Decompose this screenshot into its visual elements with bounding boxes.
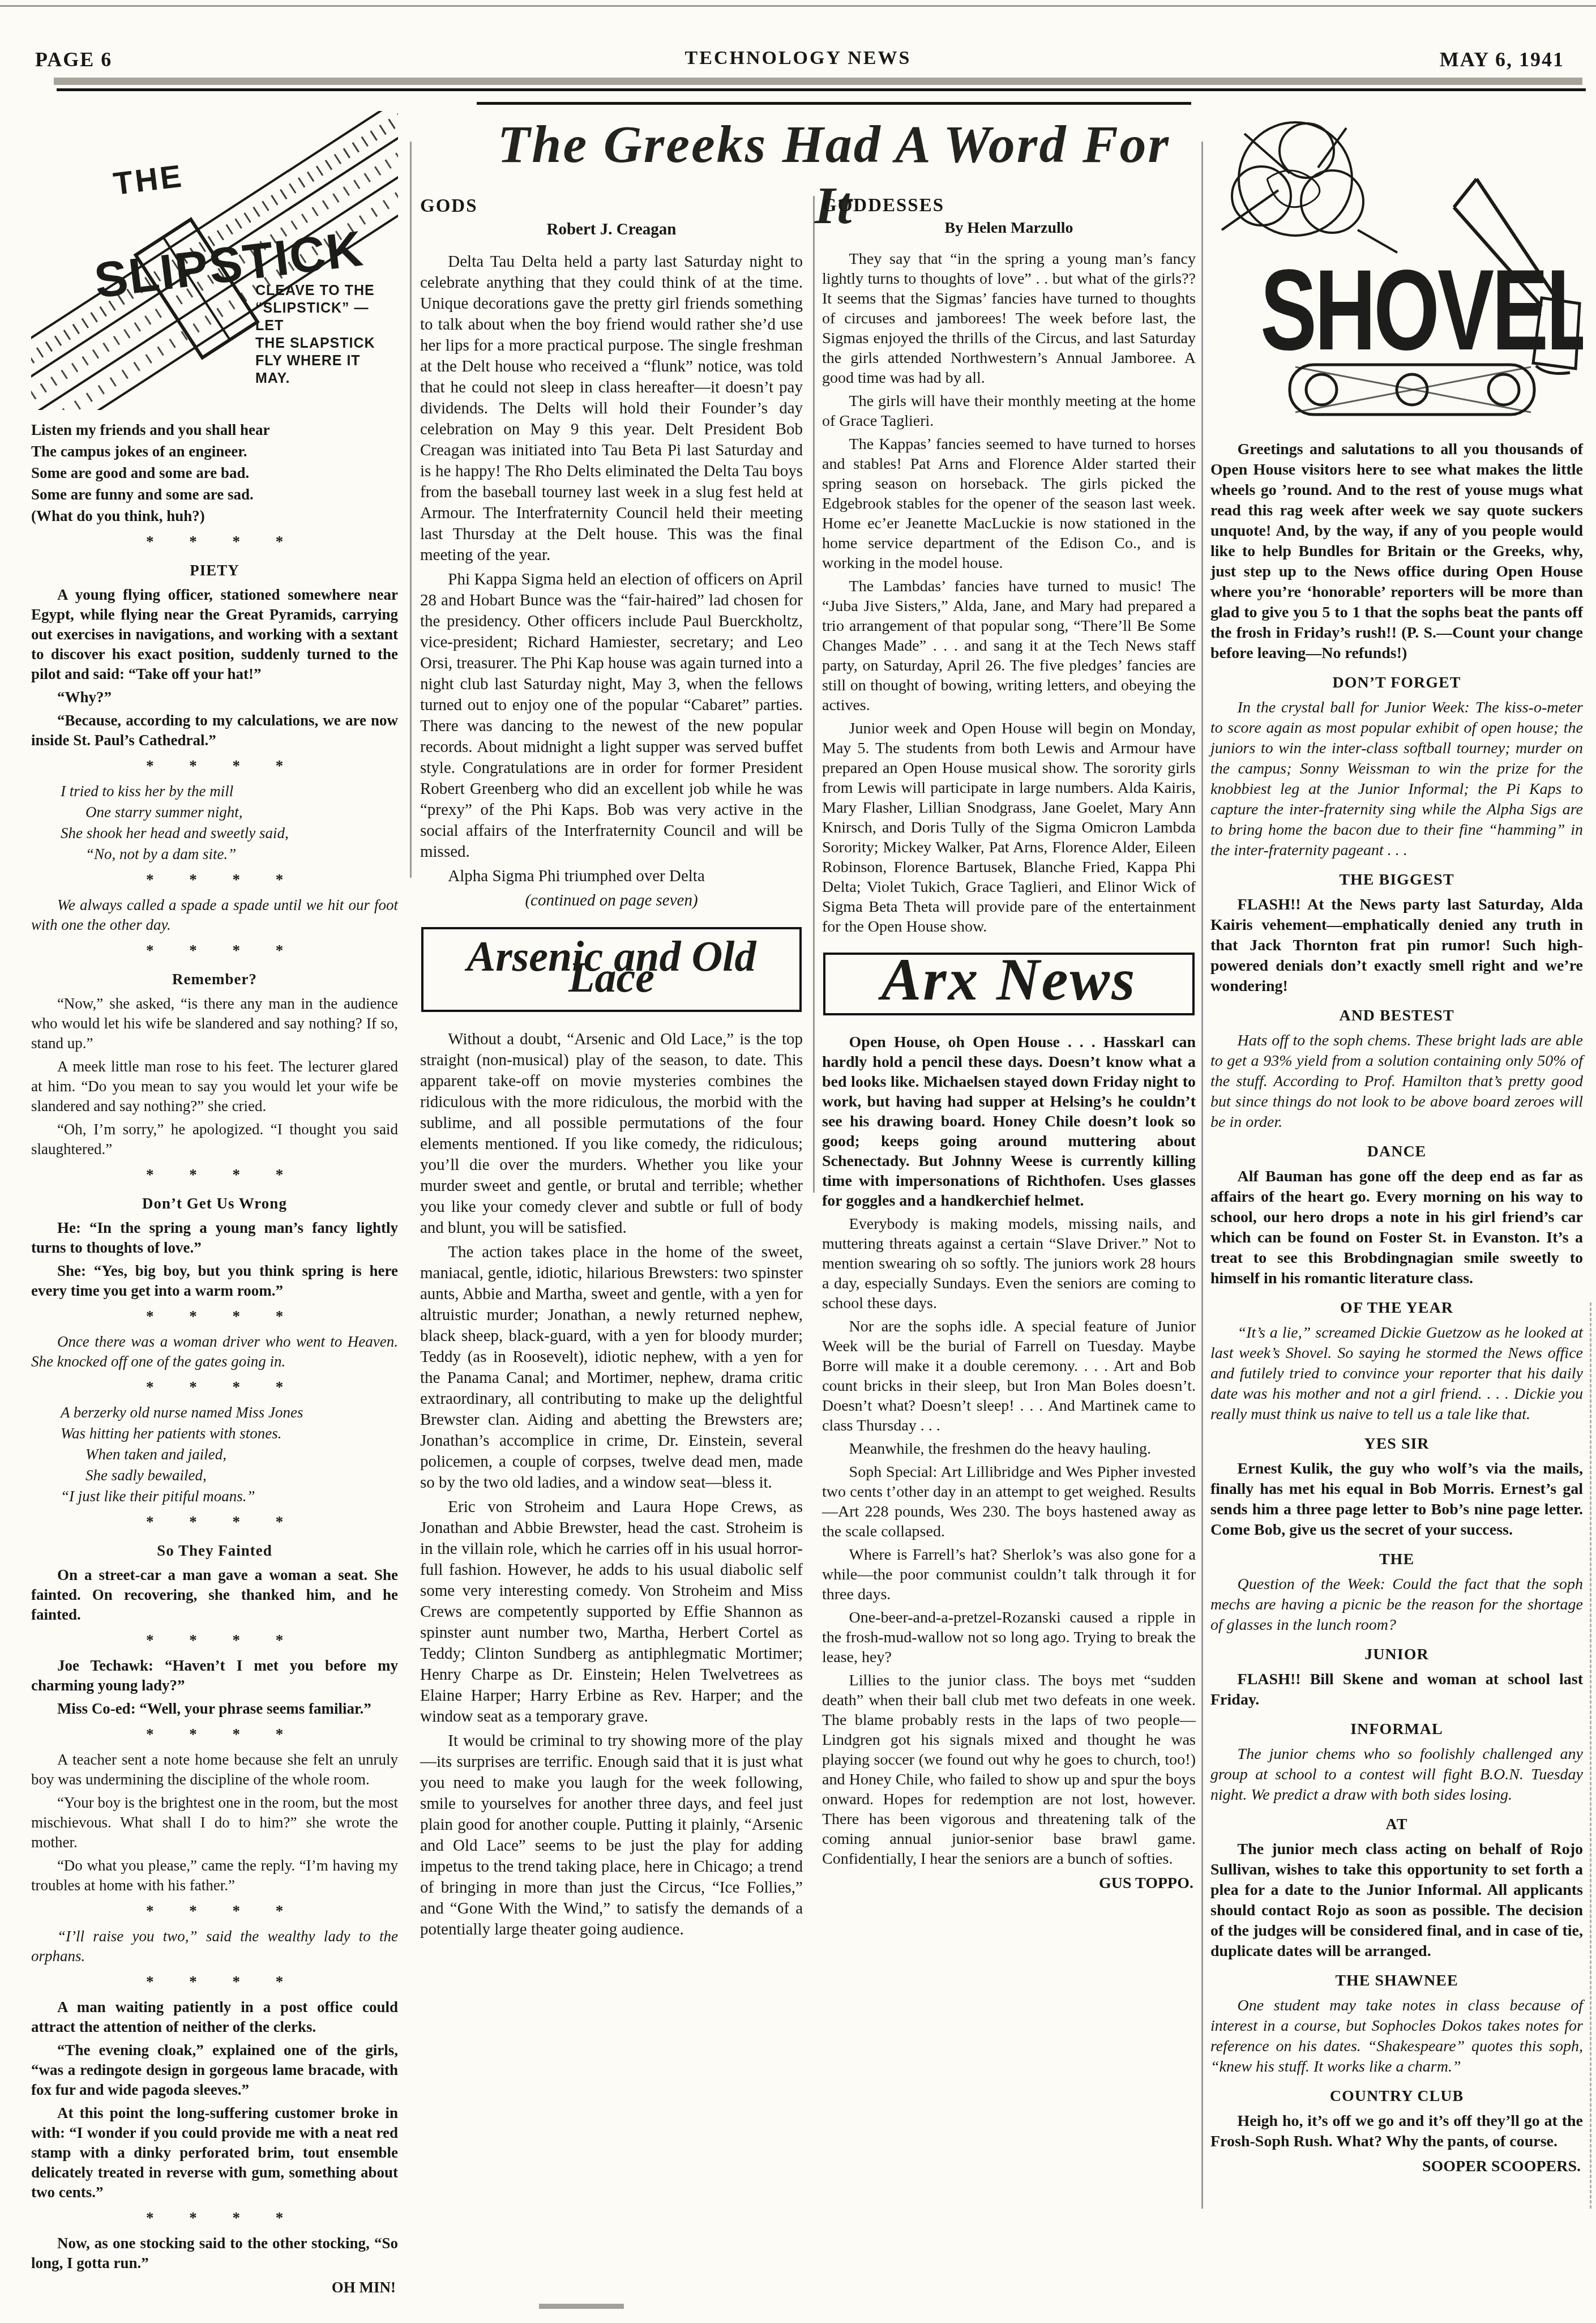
paragraph: Joe Techawk: “Haven’t I met you before m…	[31, 1656, 398, 1696]
paragraph: FLASH!! At the News party last Saturday,…	[1210, 895, 1583, 997]
paragraph: Now, as one stocking said to the other s…	[31, 2234, 398, 2273]
section-heading: PIETY	[31, 561, 398, 580]
scan-smudge	[539, 2304, 624, 2309]
gods-column: GODSRobert J. CreaganDelta Tau Delta hel…	[420, 196, 803, 1944]
verse-line: Some are funny and some are sad.	[31, 485, 398, 505]
slipstick-caption-line: CLEAVE TO THE	[255, 282, 397, 300]
paragraph: A meek little man rose to his feet. The …	[31, 1057, 398, 1116]
paragraph: Everybody is making models, missing nail…	[822, 1214, 1196, 1313]
paragraph: “Oh, I’m sorry,” he apologized. “I thoug…	[31, 1120, 398, 1159]
column-heading: GODS	[420, 196, 803, 217]
paragraph: Soph Special: Art Lillibridge and Wes Pi…	[822, 1462, 1196, 1541]
paragraph: Miss Co-ed: “Well, your phrase seems fam…	[31, 1699, 398, 1719]
steam-shovel-illustration: SHOVEL	[1210, 111, 1583, 432]
section-heading: INFORMAL	[1210, 1719, 1583, 1740]
paragraph: Where is Farrell’s hat? Sherlok’s was al…	[822, 1545, 1196, 1604]
paragraph: Alpha Sigma Phi triumphed over Delta	[420, 866, 803, 887]
paragraph: Hats off to the soph chems. These bright…	[1210, 1031, 1583, 1133]
paragraph: Open House, oh Open House . . . Hasskarl…	[822, 1032, 1196, 1211]
stars-divider: * * * *	[31, 1377, 398, 1397]
arsenic-title: Arsenic and Old Lace	[467, 933, 756, 1001]
edge-rule	[1590, 1303, 1591, 2209]
paragraph: FLASH!! Bill Skene and woman at school l…	[1210, 1669, 1583, 1710]
stars-divider: * * * *	[31, 870, 398, 890]
slipstick-caption-line: FLY WHERE IT MAY.	[255, 352, 397, 387]
signature: OH MIN!	[31, 2278, 396, 2298]
section-heading: YES SIR	[1210, 1434, 1583, 1454]
paragraph: Ernest Kulik, the guy who wolf’s via the…	[1210, 1459, 1583, 1540]
issue-date: MAY 6, 1941	[1440, 48, 1564, 71]
paragraph: We always called a spade a spade until w…	[31, 895, 398, 935]
verse-line: (What do you think, huh?)	[31, 506, 398, 526]
paragraph: Greetings and salutations to all you tho…	[1210, 439, 1583, 664]
verse-line: A berzerky old nurse named Miss Jones	[61, 1403, 398, 1423]
stars-divider: * * * *	[31, 756, 398, 776]
stars-divider: * * * *	[31, 2208, 398, 2228]
signature: SOOPER SCOOPERS.	[1210, 2157, 1581, 2177]
paragraph: She: “Yes, big boy, but you think spring…	[31, 1261, 398, 1301]
paragraph: Junior week and Open House will begin on…	[822, 719, 1196, 937]
section-heading: Don’t Get Us Wrong	[31, 1194, 398, 1214]
slipstick-article-body: Listen my friends and you shall hearThe …	[31, 420, 398, 2298]
paragraph: Alf Bauman has gone off the deep end as …	[1210, 1167, 1583, 1289]
paragraph: Delta Tau Delta held a party last Saturd…	[420, 251, 803, 566]
stars-divider: * * * *	[31, 1630, 398, 1650]
verse-line: She sadly bewailed,	[85, 1466, 398, 1485]
verse-line: Some are good and some are bad.	[31, 463, 398, 483]
section-heading: THE SHAWNEE	[1210, 1971, 1583, 1991]
paragraph: Nor are the sophs idle. A special featur…	[822, 1317, 1196, 1436]
slipstick-caption: CLEAVE TO THE “SLIPSTICK” — LET THE SLAP…	[255, 282, 397, 387]
goddesses-column: GODDESSESBy Helen MarzulloThey say that …	[822, 196, 1196, 1893]
verse-line: “I just like their pitiful moans.”	[61, 1487, 398, 1506]
paragraph: “I’ll raise you two,” said the wealthy l…	[31, 1927, 398, 1966]
paragraph: Once there was a woman driver who went t…	[31, 1332, 398, 1372]
paragraph: He: “In the spring a young man’s fancy l…	[31, 1218, 398, 1258]
column-rule	[410, 142, 412, 878]
section-heading: COUNTRY CLUB	[1210, 2086, 1583, 2107]
paragraph: A teacher sent a note home because she f…	[31, 1750, 398, 1790]
paragraph: “The evening cloak,” explained one of th…	[31, 2040, 398, 2100]
paragraph: They say that “in the spring a young man…	[822, 249, 1196, 388]
top-rule	[0, 5, 1596, 7]
stars-divider: * * * *	[31, 1306, 398, 1326]
paragraph: A man waiting patiently in a post office…	[31, 1997, 398, 2037]
section-heading: AND BESTEST	[1210, 1006, 1583, 1026]
paragraph: The junior chems who so foolishly challe…	[1210, 1744, 1583, 1805]
paragraph: Phi Kappa Sigma held an election of offi…	[420, 569, 803, 862]
gods-article-body: GODSRobert J. CreaganDelta Tau Delta hel…	[420, 196, 803, 911]
section-heading: THE BIGGEST	[1210, 870, 1583, 890]
arx-news-title-box: Arx News	[823, 953, 1195, 1015]
paragraph: The junior mech class acting on behalf o…	[1210, 1839, 1583, 1962]
section-heading: JUNIOR	[1210, 1645, 1583, 1665]
stars-divider: * * * *	[31, 1901, 398, 1921]
smoke-cloud	[1222, 122, 1397, 253]
paragraph: “Why?”	[31, 687, 398, 707]
shovel-logo-word: SHOVEL	[1260, 246, 1583, 374]
continued-note: (continued on page seven)	[420, 890, 803, 911]
paragraph: A young flying officer, stationed somewh…	[31, 585, 398, 684]
slipstick-logo: THE SLIPSTICK CLEAVE TO THE “SLIPSTICK” …	[31, 111, 398, 410]
column-rule	[813, 196, 815, 1193]
paragraph: In the crystal ball for Junior Week: The…	[1210, 698, 1583, 861]
verse-line: Was hitting her patients with stones.	[61, 1424, 398, 1444]
paragraph: The Lambdas’ fancies have turned to musi…	[822, 577, 1196, 715]
shovel-article-body: Greetings and salutations to all you tho…	[1210, 439, 1583, 2177]
column-heading: GODDESSES	[822, 196, 1196, 216]
arsenic-title-box: Arsenic and Old Lace	[421, 927, 802, 1012]
paragraph: The action takes place in the home of th…	[420, 1242, 803, 1493]
verse-line: “No, not by a dam site.”	[85, 844, 398, 864]
section-heading: Remember?	[31, 970, 398, 989]
verse-line: She shook her head and sweetly said,	[61, 823, 398, 843]
paragraph: Lillies to the junior class. The boys me…	[822, 1671, 1196, 1869]
column-rule	[1201, 142, 1203, 2209]
paragraph: “Because, according to my calculations, …	[31, 711, 398, 750]
paragraph: The girls will have their monthly meetin…	[822, 391, 1196, 431]
goddesses-article-body: GODDESSESBy Helen MarzulloThey say that …	[822, 196, 1196, 937]
paragraph: Heigh ho, it’s off we go and it’s off th…	[1210, 2111, 1583, 2152]
verse: A berzerky old nurse named Miss JonesWas…	[61, 1403, 398, 1506]
stars-divider: * * * *	[31, 941, 398, 960]
verse: I tried to kiss her by the millOne starr…	[61, 782, 398, 864]
verse-line: The campus jokes of an engineer.	[31, 442, 398, 462]
paragraph: The Kappas’ fancies seemed to have turne…	[822, 434, 1196, 573]
byline: By Helen Marzullo	[822, 218, 1196, 238]
arx-news-article-body: Open House, oh Open House . . . Hasskarl…	[822, 1032, 1196, 1893]
stars-divider: * * * *	[31, 1165, 398, 1185]
paragraph: On a street-car a man gave a woman a sea…	[31, 1565, 398, 1625]
header-rule-thin	[57, 88, 1586, 91]
section-heading: DANCE	[1210, 1142, 1583, 1162]
section-heading: AT	[1210, 1814, 1583, 1835]
stars-divider: * * * *	[31, 1972, 398, 1992]
verse-line: Listen my friends and you shall hear	[31, 420, 398, 440]
paragraph: One-beer-and-a-pretzel-Rozanski caused a…	[822, 1608, 1196, 1667]
paragraph: Eric von Stroheim and Laura Hope Crews, …	[420, 1497, 803, 1727]
paragraph: At this point the long-suffering custome…	[31, 2103, 398, 2202]
paragraph: Meanwhile, the freshmen do the heavy hau…	[822, 1439, 1196, 1459]
paragraph: “Do what you please,” came the reply. “I…	[31, 1856, 398, 1895]
paragraph: It would be criminal to try showing more…	[420, 1731, 803, 1940]
arsenic-article-body: Without a doubt, “Arsenic and Old Lace,”…	[420, 1029, 803, 1940]
shovel-logo: SHOVEL	[1210, 111, 1583, 432]
masthead: TECHNOLOGY NEWS	[685, 48, 912, 69]
slipstick-caption-line: THE SLAPSTICK	[255, 335, 397, 352]
paragraph: Without a doubt, “Arsenic and Old Lace,”…	[420, 1029, 803, 1239]
slipstick-column: THE SLIPSTICK CLEAVE TO THE “SLIPSTICK” …	[31, 111, 398, 2298]
slipstick-caption-line: “SLIPSTICK” — LET	[255, 300, 397, 335]
arx-news-title: Arx News	[881, 946, 1136, 1013]
stars-divider: * * * *	[31, 532, 398, 552]
shovel-column: SHOVEL Greetings and salutations to all …	[1210, 111, 1583, 2177]
paragraph: “Your boy is the brightest one in the ro…	[31, 1793, 398, 1852]
verse-line: One starry summer night,	[85, 802, 398, 822]
paragraph: “It’s a lie,” screamed Dickie Guetzow as…	[1210, 1323, 1583, 1425]
paragraph: “Now,” she asked, “is there any man in t…	[31, 994, 398, 1053]
section-heading: DON’T FORGET	[1210, 673, 1583, 693]
slipstick-logo-the: THE	[112, 157, 186, 202]
header-rule-thick	[54, 78, 1582, 85]
stars-divider: * * * *	[31, 1512, 398, 1532]
section-heading: THE	[1210, 1549, 1583, 1570]
paragraph: One student may take notes in class beca…	[1210, 1996, 1583, 2077]
section-heading: So They Fainted	[31, 1541, 398, 1561]
signature: GUS TOPPO.	[822, 1873, 1193, 1893]
stars-divider: * * * *	[31, 1724, 398, 1744]
paragraph: Question of the Week: Could the fact tha…	[1210, 1574, 1583, 1636]
verse-line: When taken and jailed,	[85, 1445, 398, 1464]
section-heading: OF THE YEAR	[1210, 1298, 1583, 1318]
newspaper-page: PAGE 6 TECHNOLOGY NEWS MAY 6, 1941 The G…	[0, 0, 1596, 2323]
page-number: PAGE 6	[35, 48, 112, 71]
byline: Robert J. Creagan	[420, 219, 803, 240]
verse-line: I tried to kiss her by the mill	[61, 782, 398, 801]
